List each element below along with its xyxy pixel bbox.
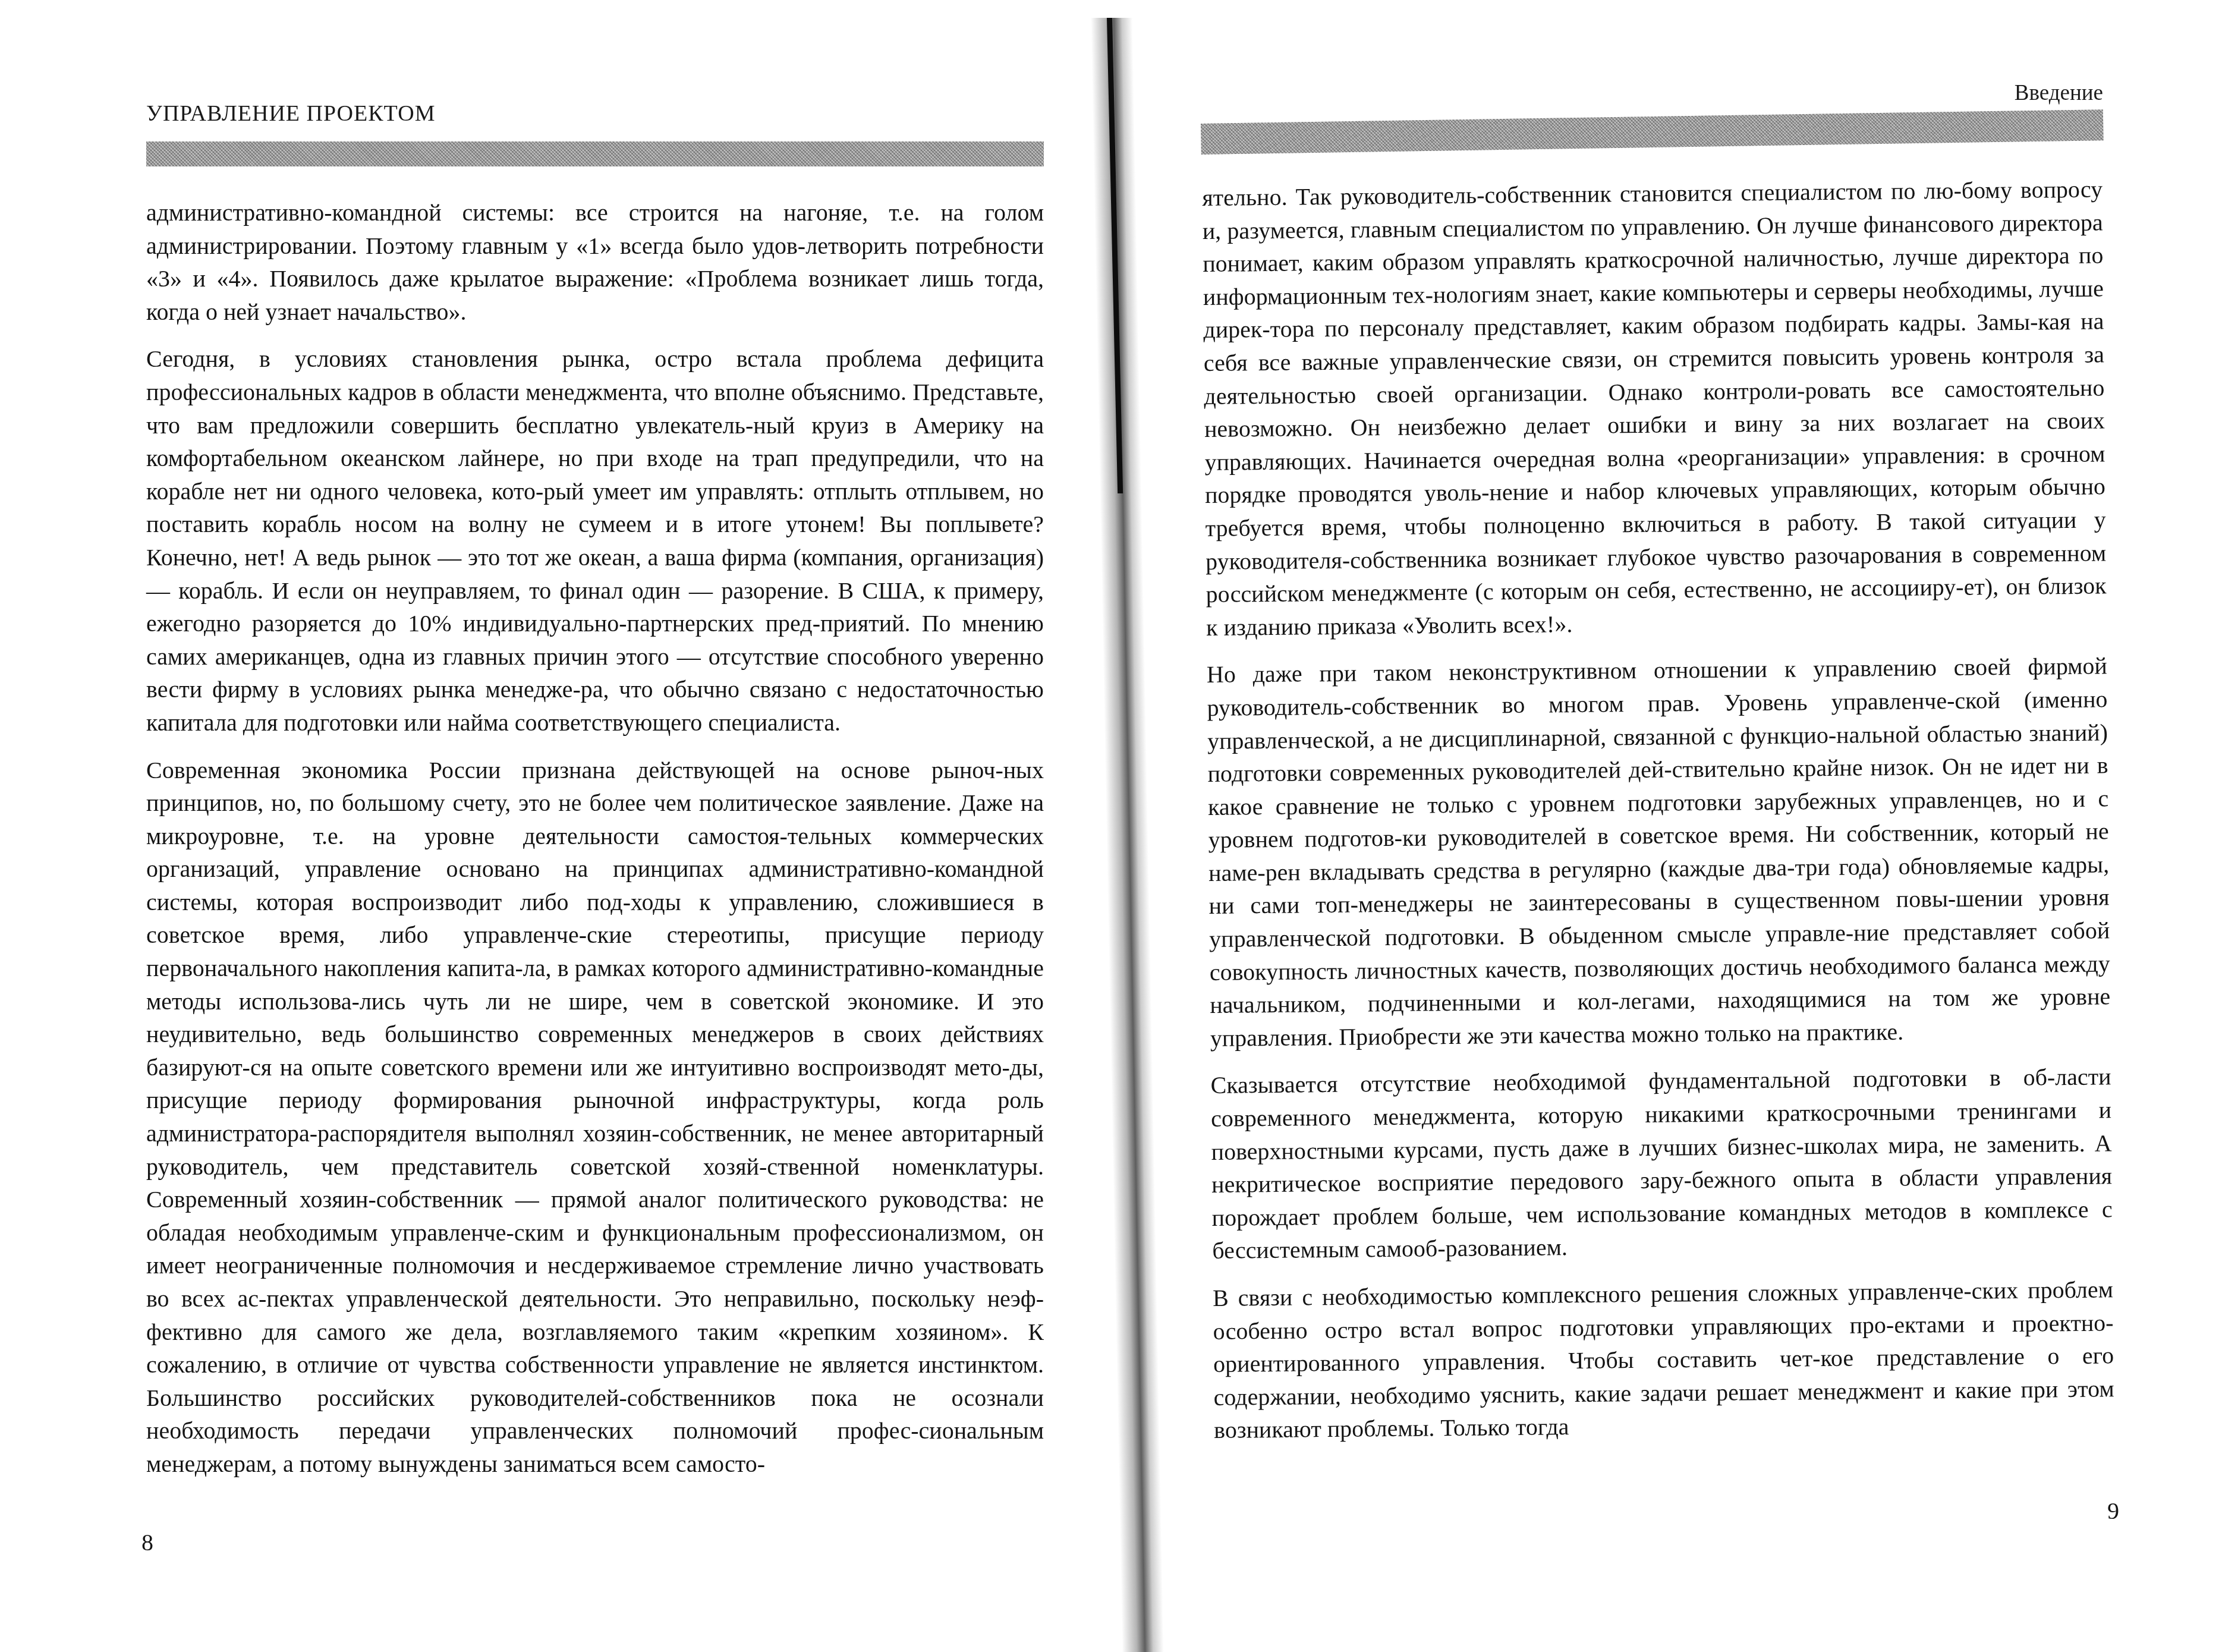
running-head-left: УПРАВЛЕНИЕ ПРОЕКТОМ xyxy=(146,102,436,125)
header-rule-bar-left xyxy=(146,141,1044,166)
paragraph: Современная экономика России признана де… xyxy=(146,754,1044,1481)
book-spine-gutter xyxy=(1091,18,1132,1652)
gutter-fold-line xyxy=(1107,18,1123,493)
paragraph: Сказывается отсутствие необходимой фунда… xyxy=(1210,1061,2113,1267)
page-number-left: 8 xyxy=(141,1531,153,1555)
left-page-body: административно-командной системы: все с… xyxy=(146,196,1044,1481)
header-rule-bar-right xyxy=(1201,109,2104,155)
right-page-body: ятельно. Так руководитель-собственник ст… xyxy=(1202,172,2114,1446)
paragraph: административно-командной системы: все с… xyxy=(146,196,1044,328)
paragraph: Сегодня, в условиях становления рынка, о… xyxy=(146,342,1044,739)
paragraph: ятельно. Так руководитель-собственник ст… xyxy=(1202,172,2107,644)
paragraph: В связи с необходимостью комплексного ре… xyxy=(1213,1273,2115,1446)
paragraph: Но даже при таком неконструктивном отнош… xyxy=(1207,650,2111,1055)
left-page: УПРАВЛЕНИЕ ПРОЕКТОМ административно-кома… xyxy=(0,0,1094,1652)
running-head-right: Введение xyxy=(2015,82,2103,104)
page-number-right: 9 xyxy=(2107,1499,2119,1523)
right-page: Введение ятельно. Так руководитель-собст… xyxy=(1129,0,2222,1652)
